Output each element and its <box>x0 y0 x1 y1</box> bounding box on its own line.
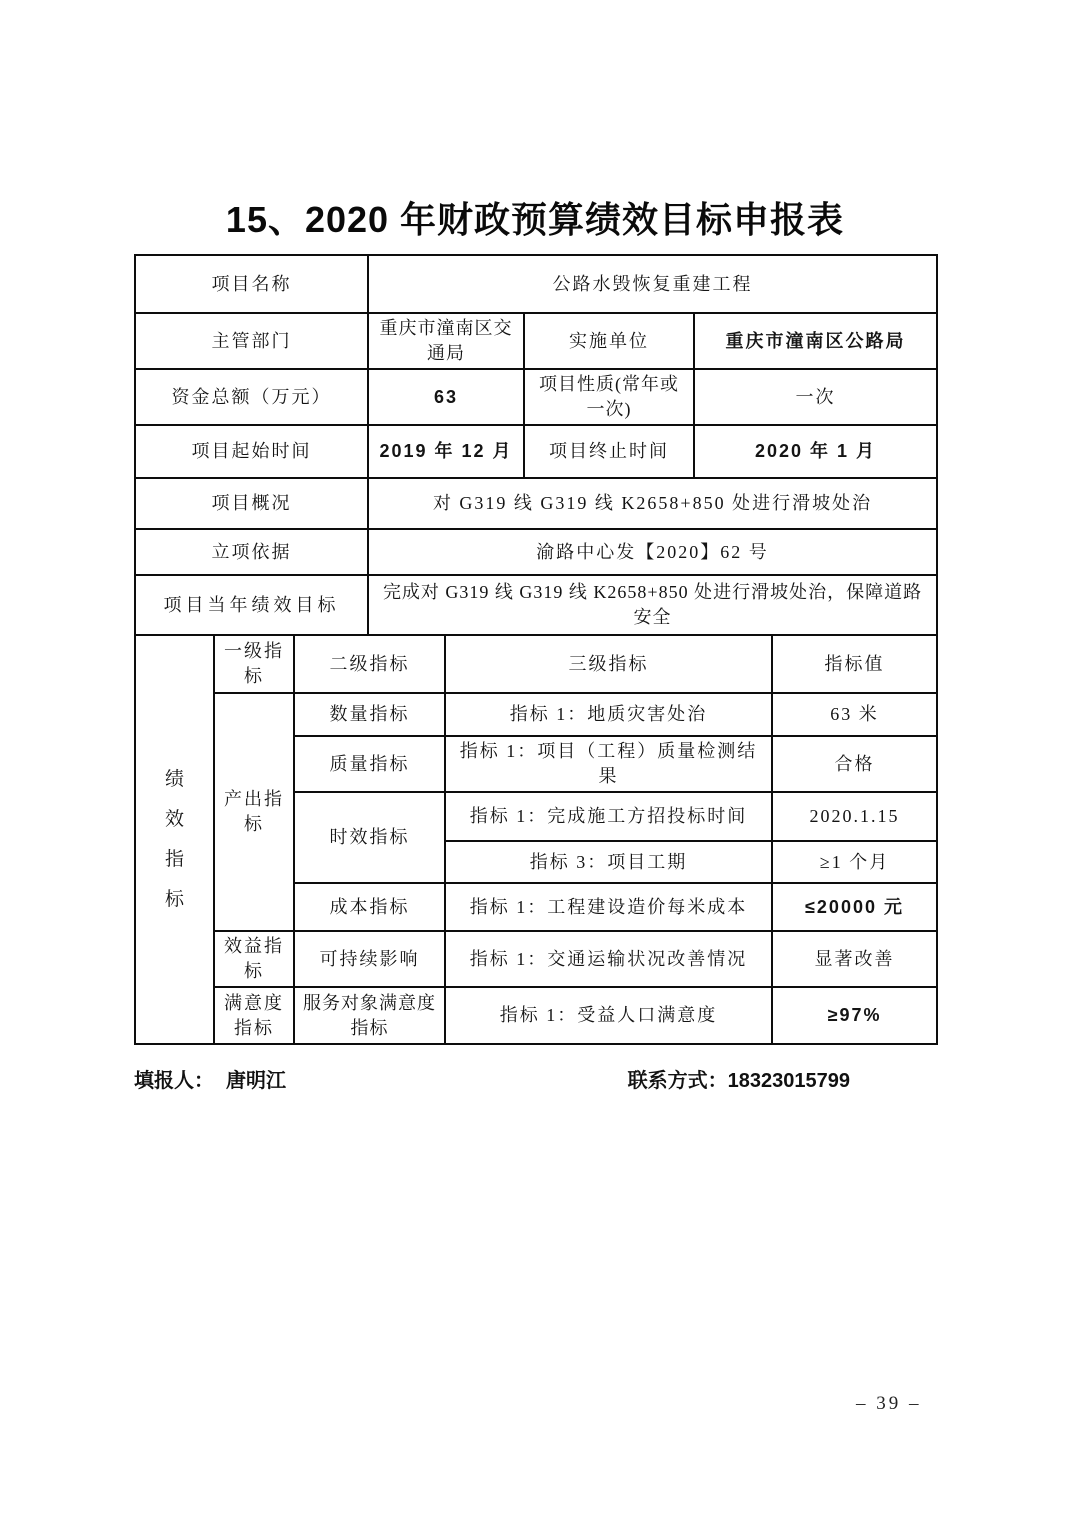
row-departments: 主管部门 重庆市潼南区交通局 实施单位 重庆市潼南区公路局 <box>135 313 937 369</box>
performance-target-table: 项目名称 公路水毁恢复重建工程 主管部门 重庆市潼南区交通局 实施单位 重庆市潼… <box>134 254 938 1045</box>
side-label-cell: 绩效指标 <box>135 635 214 1044</box>
goal-label: 项目当年绩效目标 <box>135 575 368 635</box>
nature-label: 项目性质(常年或一次) <box>524 369 694 425</box>
page-number: – 39 – <box>856 1393 922 1415</box>
indicator-row: 产出指标 数量指标 指标 1：地质灾害处治 63 米 <box>135 693 937 736</box>
filler-name: 唐明江 <box>226 1064 286 1093</box>
level1-benefit: 效益指标 <box>214 931 294 987</box>
goal-value: 完成对 G319 线 G319 线 K2658+850 处进行滑坡处治，保障道路… <box>368 575 937 635</box>
level1-satisfaction: 满意度指标 <box>214 987 294 1044</box>
impl-label: 实施单位 <box>524 313 694 369</box>
level3-indicator: 指标 1：地质灾害处治 <box>445 693 772 736</box>
overview-value: 对 G319 线 G319 线 K2658+850 处进行滑坡处治 <box>368 478 937 529</box>
row-indicator-headers: 绩效指标 一级指标 二级指标 三级指标 指标值 <box>135 635 937 693</box>
end-label: 项目终止时间 <box>524 425 694 478</box>
indicator-row: 满意度指标 服务对象满意度指标 指标 1：受益人口满意度 ≥97% <box>135 987 937 1044</box>
level2-timeliness: 时效指标 <box>294 792 445 883</box>
basis-label: 立项依据 <box>135 529 368 575</box>
row-basis: 立项依据 渝路中心发【2020】62 号 <box>135 529 937 575</box>
document-page: 15、2020 年财政预算绩效目标申报表 项目名称 公路水毁恢复重建工程 主管部… <box>0 0 1074 1520</box>
indicator-value: ≤20000 元 <box>772 883 937 931</box>
side-label-text: 绩效指标 <box>165 760 185 920</box>
indicator-row: 效益指标 可持续影响 指标 1：交通运输状况改善情况 显著改善 <box>135 931 937 987</box>
indicator-value: 显著改善 <box>772 931 937 987</box>
row-overview: 项目概况 对 G319 线 G319 线 K2658+850 处进行滑坡处治 <box>135 478 937 529</box>
level3-indicator: 指标 1：工程建设造价每米成本 <box>445 883 772 931</box>
project-name-value: 公路水毁恢复重建工程 <box>368 255 937 313</box>
level3-indicator: 指标 1：受益人口满意度 <box>445 987 772 1044</box>
indicator-value: 2020.1.15 <box>772 792 937 841</box>
dept-value: 重庆市潼南区交通局 <box>368 313 524 369</box>
indicator-value: ≥97% <box>772 987 937 1044</box>
header-level3: 三级指标 <box>445 635 772 693</box>
overview-label: 项目概况 <box>135 478 368 529</box>
filler-label: 填报人： <box>134 1064 214 1093</box>
footer-line: 填报人： 唐明江 联系方式：18323015799 <box>134 1064 936 1093</box>
header-level2: 二级指标 <box>294 635 445 693</box>
indicator-value: ≥1 个月 <box>772 841 937 883</box>
level2-quantity: 数量指标 <box>294 693 445 736</box>
level2-cost: 成本指标 <box>294 883 445 931</box>
nature-value: 一次 <box>694 369 937 425</box>
basis-value: 渝路中心发【2020】62 号 <box>368 529 937 575</box>
impl-value: 重庆市潼南区公路局 <box>694 313 937 369</box>
level3-indicator: 指标 1：项目（工程）质量检测结果 <box>445 736 772 792</box>
header-level1: 一级指标 <box>214 635 294 693</box>
level2-quality: 质量指标 <box>294 736 445 792</box>
start-value: 2019 年 12 月 <box>368 425 524 478</box>
project-name-label: 项目名称 <box>135 255 368 313</box>
dept-label: 主管部门 <box>135 313 368 369</box>
page-title: 15、2020 年财政预算绩效目标申报表 <box>134 196 936 243</box>
indicator-value: 合格 <box>772 736 937 792</box>
fund-value: 63 <box>368 369 524 425</box>
level3-indicator: 指标 3：项目工期 <box>445 841 772 883</box>
row-fund-nature: 资金总额（万元） 63 项目性质(常年或一次) 一次 <box>135 369 937 425</box>
fund-label: 资金总额（万元） <box>135 369 368 425</box>
level2-service-satisfaction: 服务对象满意度指标 <box>294 987 445 1044</box>
level1-output: 产出指标 <box>214 693 294 931</box>
start-label: 项目起始时间 <box>135 425 368 478</box>
row-project-name: 项目名称 公路水毁恢复重建工程 <box>135 255 937 313</box>
row-annual-goal: 项目当年绩效目标 完成对 G319 线 G319 线 K2658+850 处进行… <box>135 575 937 635</box>
indicator-value: 63 米 <box>772 693 937 736</box>
end-value: 2020 年 1 月 <box>694 425 937 478</box>
level3-indicator: 指标 1：完成施工方招投标时间 <box>445 792 772 841</box>
level3-indicator: 指标 1：交通运输状况改善情况 <box>445 931 772 987</box>
contact-number: 18323015799 <box>728 1070 850 1092</box>
contact-group: 联系方式：18323015799 <box>628 1064 850 1093</box>
contact-label: 联系方式： <box>628 1070 728 1092</box>
header-value: 指标值 <box>772 635 937 693</box>
row-dates: 项目起始时间 2019 年 12 月 项目终止时间 2020 年 1 月 <box>135 425 937 478</box>
level2-sustain: 可持续影响 <box>294 931 445 987</box>
